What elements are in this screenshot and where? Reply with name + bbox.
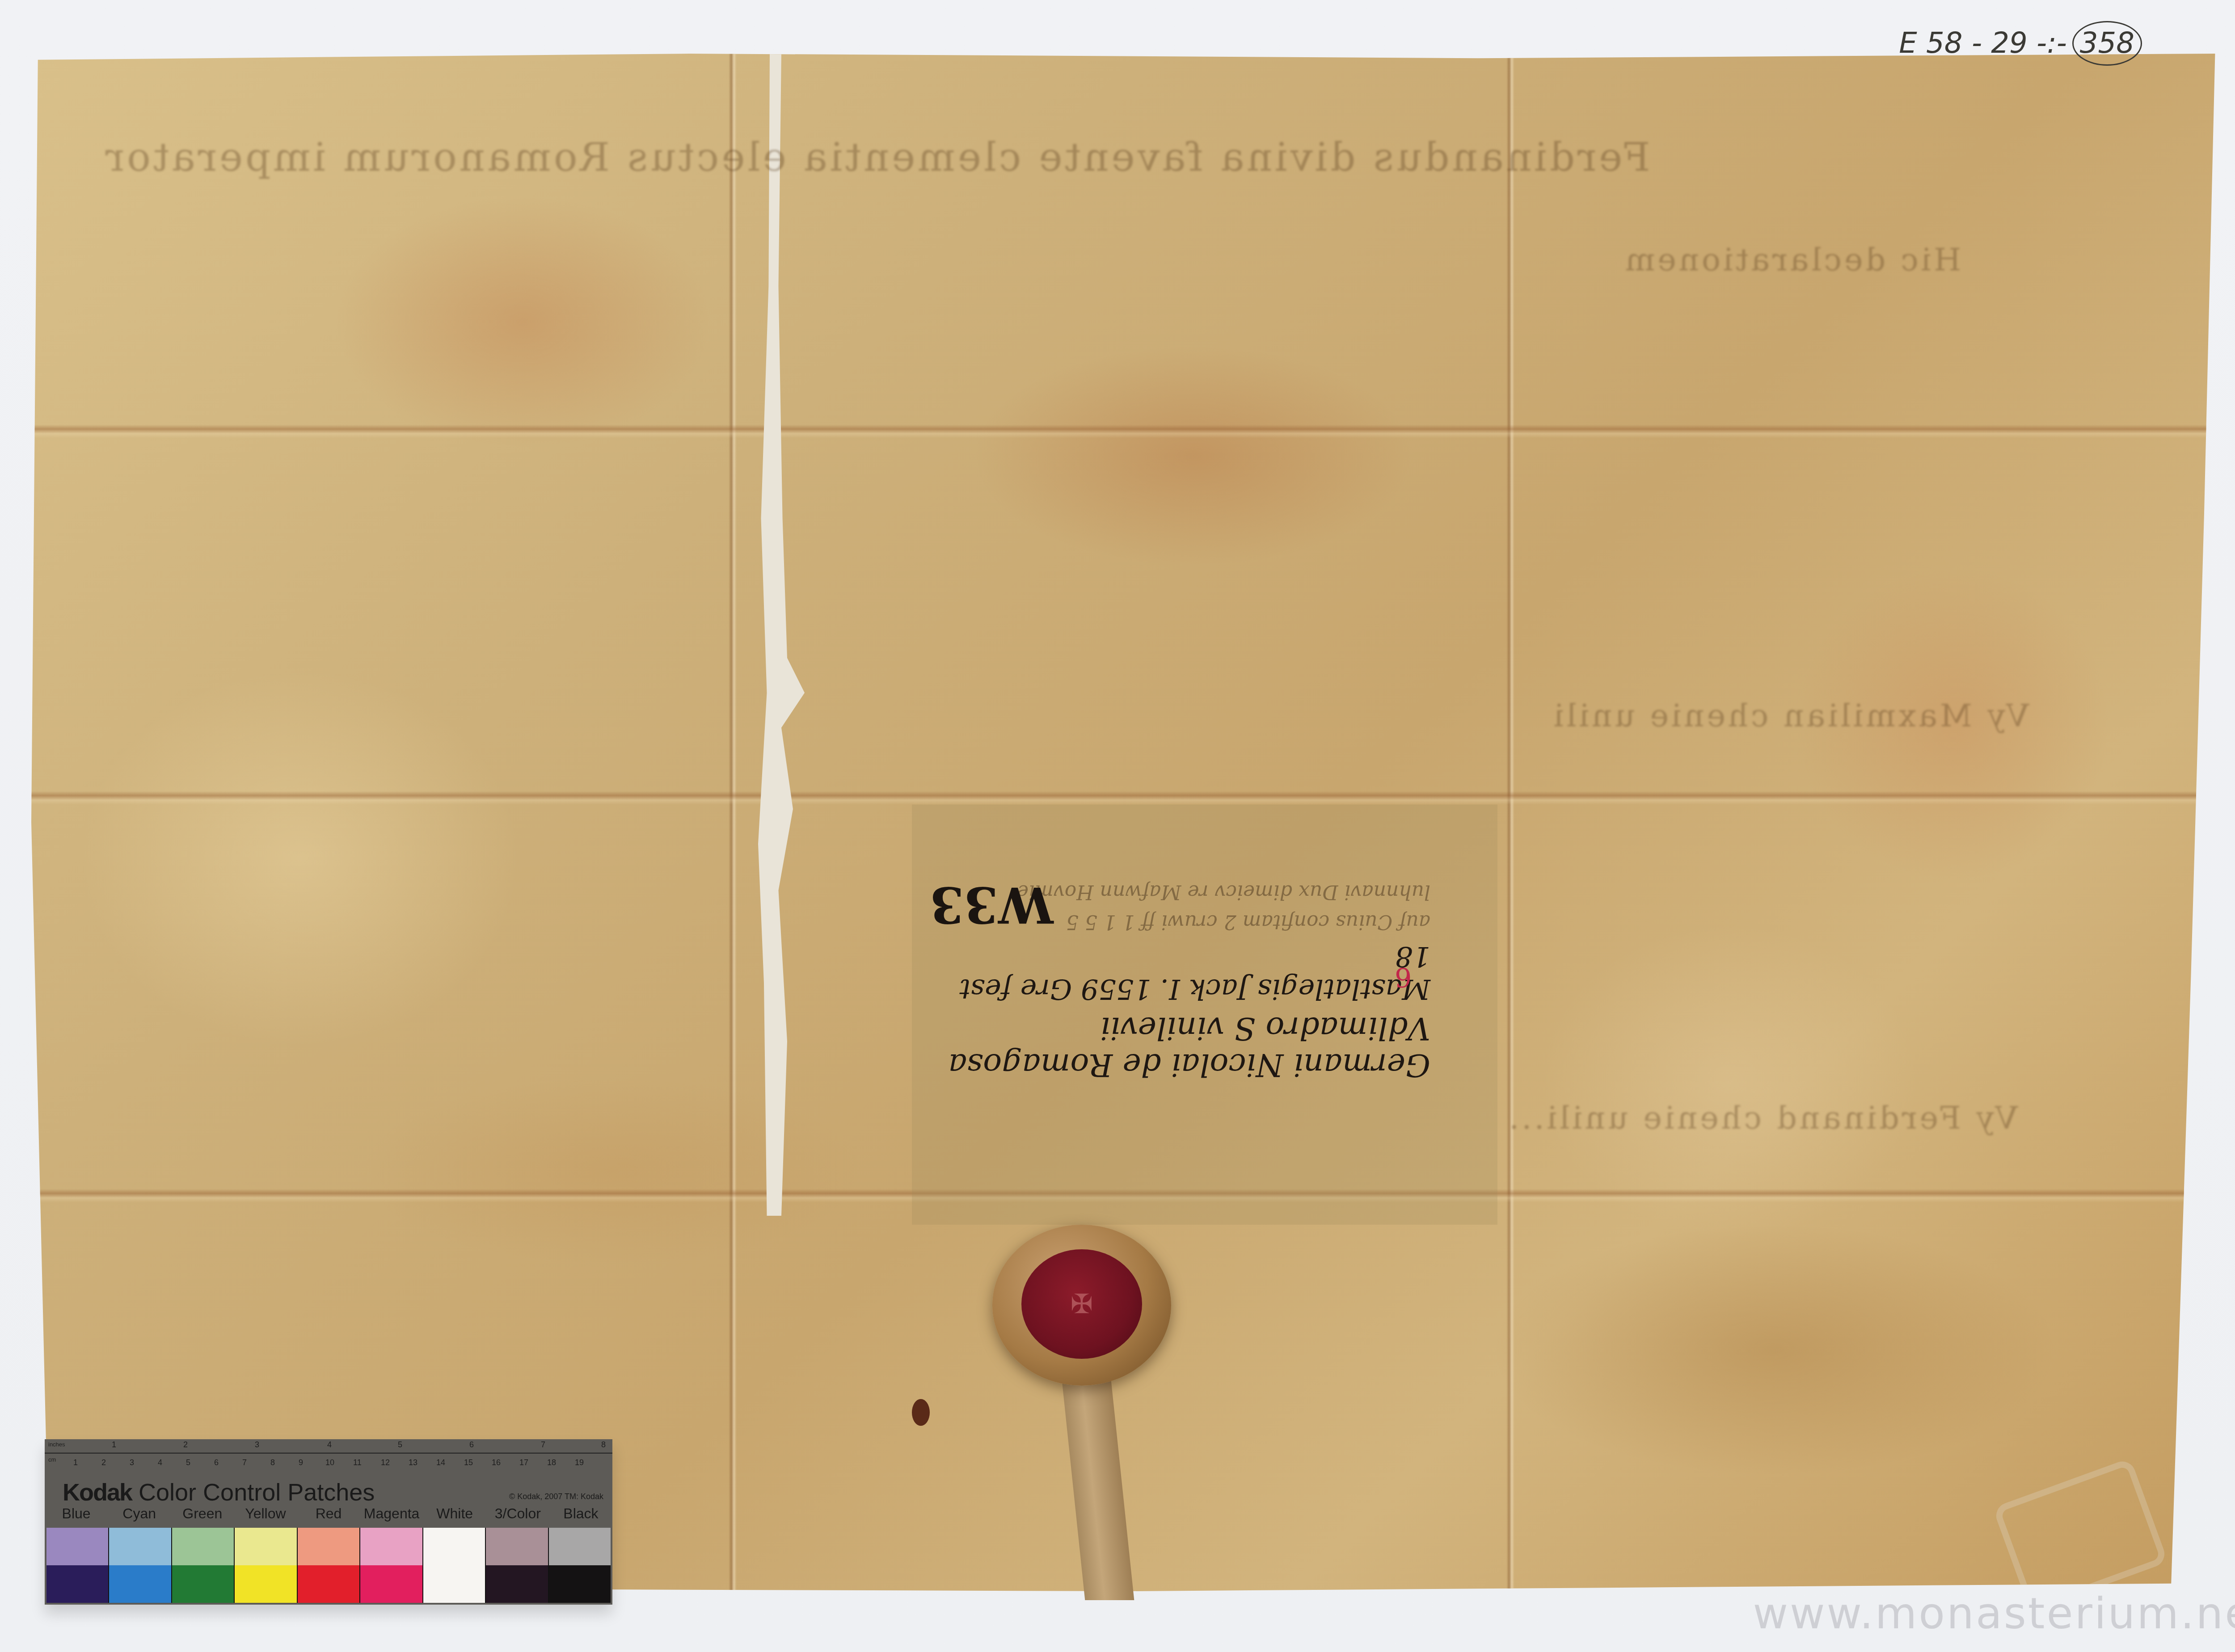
cm-tick: 16	[492, 1458, 501, 1467]
cm-tick: 11	[353, 1458, 362, 1467]
kodak-chart-title: Color Control Patches	[139, 1479, 375, 1506]
kodak-copyright: © Kodak, 2007 TM: Kodak	[509, 1492, 603, 1501]
patch-magenta	[359, 1528, 422, 1603]
cm-label: cm	[48, 1456, 56, 1463]
patch-yellow	[234, 1528, 296, 1603]
patch-cyan	[108, 1528, 171, 1603]
patch-3color	[485, 1528, 548, 1603]
inch-label: inches	[48, 1441, 65, 1448]
cm-tick: 9	[299, 1458, 303, 1467]
ink-stain	[912, 1399, 930, 1426]
patch-label: 3/Color	[486, 1505, 549, 1522]
cm-tick: 6	[214, 1458, 219, 1467]
patch-label: White	[423, 1505, 486, 1522]
kodak-brand: Kodak	[63, 1479, 132, 1506]
cm-tick: 8	[270, 1458, 275, 1467]
seal-wax-impression: ✠	[1021, 1249, 1142, 1359]
cm-tick: 4	[158, 1458, 162, 1467]
signature-mark: W33	[930, 876, 1054, 934]
inch-tick: 5	[398, 1440, 402, 1450]
patch-label: Green	[171, 1505, 234, 1522]
wax-seal: ✠	[992, 1225, 1171, 1386]
inch-tick: 1	[112, 1440, 116, 1450]
patch-green	[171, 1528, 234, 1603]
patch-labels: Blue Cyan Green Yellow Red Magenta White…	[45, 1505, 612, 1522]
archive-number-circled: 358	[2072, 21, 2142, 66]
cm-tick: 1	[73, 1458, 78, 1467]
cm-tick: 19	[575, 1458, 584, 1467]
cm-tick: 17	[519, 1458, 528, 1467]
patch-white	[422, 1528, 485, 1603]
parchment-tear	[746, 54, 805, 1216]
patch-blue	[46, 1528, 108, 1603]
cm-tick: 13	[409, 1458, 417, 1467]
bleed-through-text: Vy Maxmilian chenie unili	[1551, 697, 2029, 734]
kodak-title: Kodak Color Control Patches	[63, 1479, 375, 1506]
archive-signature: E 58 - 29 -:-358	[1899, 27, 2142, 60]
cm-tick: 2	[101, 1458, 106, 1467]
bleed-through-text: Ferdinandus divina favente clementia ele…	[103, 134, 1650, 180]
bleed-through-text: Hic declarationem	[1623, 241, 1961, 278]
kodak-color-chart: inches 1 2 3 4 5 6 7 8 cm 1 2 3 4 5 6 7 …	[45, 1439, 612, 1605]
cm-tick: 14	[436, 1458, 445, 1467]
patch-label: Black	[549, 1505, 612, 1522]
color-patches	[46, 1528, 611, 1603]
cm-tick: 10	[325, 1458, 334, 1467]
red-number: 6	[1395, 961, 1412, 992]
vertical-fold	[1506, 54, 1514, 1591]
inch-tick: 8	[601, 1440, 606, 1450]
patch-label: Red	[297, 1505, 360, 1522]
patch-label: Magenta	[360, 1505, 423, 1522]
patch-label: Cyan	[108, 1505, 171, 1522]
cm-tick: 15	[464, 1458, 473, 1467]
cm-tick: 7	[242, 1458, 247, 1467]
inch-tick: 3	[255, 1440, 259, 1450]
patch-red	[297, 1528, 359, 1603]
vertical-fold	[729, 54, 737, 1591]
dorsal-note-line: Mastlatlegis Jack I. 1559 Gre fest 18	[930, 940, 1430, 1006]
cm-tick: 12	[381, 1458, 390, 1467]
site-watermark: www.monasterium.net	[1753, 1589, 2235, 1639]
horizontal-fold	[31, 425, 2226, 438]
inch-tick: 6	[469, 1440, 474, 1450]
cm-tick: 5	[186, 1458, 190, 1467]
cm-ruler: cm 1 2 3 4 5 6 7 8 9 10 11 12 13 14 15 1…	[45, 1454, 612, 1474]
bleed-through-text: Vy Ferdinand chenie unili...	[1506, 1100, 2018, 1136]
archive-number: E 58 - 29 -:-	[1899, 27, 2067, 60]
cm-tick: 3	[130, 1458, 134, 1467]
patch-label: Yellow	[234, 1505, 297, 1522]
inch-tick: 2	[183, 1440, 188, 1450]
horizontal-fold	[31, 791, 2226, 805]
inch-tick: 7	[541, 1440, 545, 1450]
inch-tick: 4	[327, 1440, 332, 1450]
patch-black	[548, 1528, 611, 1603]
patch-label: Blue	[45, 1505, 108, 1522]
inch-ruler: inches 1 2 3 4 5 6 7 8	[45, 1439, 612, 1454]
cm-tick: 18	[547, 1458, 556, 1467]
dorsal-note-line: Germani Nicolai de Romagosa Vdlimadro S …	[930, 1010, 1430, 1083]
